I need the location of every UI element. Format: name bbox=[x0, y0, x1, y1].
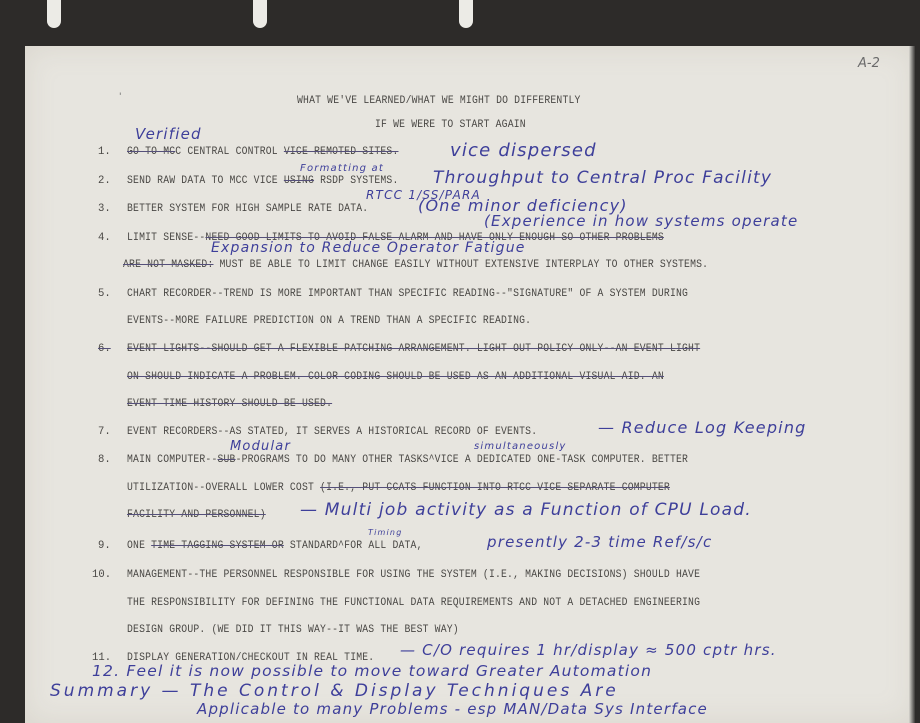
list-item-continuation: ARE NOT MASKED: MUST BE ABLE TO LIMIT CH… bbox=[123, 259, 708, 271]
handwritten-annotation: vice dispersed bbox=[450, 140, 597, 161]
item-number: 8. bbox=[98, 454, 111, 466]
handwritten-annotation: presently 2-3 time Ref/s/c bbox=[487, 533, 712, 551]
list-item: SEND RAW DATA TO MCC VICE USING RSDP SYS… bbox=[127, 175, 399, 187]
struck-text: SUB bbox=[217, 454, 235, 466]
item-text: ONE bbox=[127, 540, 151, 552]
item-number: 2. bbox=[98, 175, 111, 187]
struck-text: GO TO MC bbox=[127, 146, 175, 158]
handwritten-annotation: Throughput to Central Proc Facility bbox=[433, 168, 772, 188]
item-number: 9. bbox=[98, 540, 111, 552]
list-item: EVENT RECORDERS--AS STATED, IT SERVES A … bbox=[127, 426, 537, 438]
item-text: ^FOR ALL DATA, bbox=[338, 540, 422, 552]
item-number: 6. bbox=[98, 343, 111, 355]
list-item: EVENT LIGHTS--SHOULD GET A FLEXIBLE PATC… bbox=[127, 343, 700, 355]
list-item-continuation: ON SHOULD INDICATE A PROBLEM. COLOR CODI… bbox=[127, 371, 664, 383]
list-item: MANAGEMENT--THE PERSONNEL RESPONSIBLE FO… bbox=[127, 569, 700, 581]
handwritten-summary: Summary — The Control & Display Techniqu… bbox=[50, 681, 619, 701]
item-text: MUST BE ABLE TO LIMIT CHANGE EASILY WITH… bbox=[213, 259, 708, 271]
item-text: RSDP SYSTEMS. bbox=[314, 175, 398, 187]
binder-hole bbox=[253, 0, 267, 28]
item-number: 7. bbox=[98, 426, 111, 438]
item-text: SEND RAW DATA TO MCC VICE bbox=[127, 175, 284, 187]
binder-hole bbox=[459, 0, 473, 28]
item-number: 1. bbox=[98, 146, 111, 158]
document-title: WHAT WE'VE LEARNED/WHAT WE MIGHT DO DIFF… bbox=[297, 95, 581, 107]
list-item-continuation: DESIGN GROUP. (WE DID IT THIS WAY--IT WA… bbox=[127, 624, 459, 636]
list-item-continuation: THE RESPONSIBILITY FOR DEFINING THE FUNC… bbox=[127, 597, 700, 609]
handwritten-annotation: Verified bbox=[135, 125, 202, 143]
struck-text: TIME TAGGING SYSTEM OR bbox=[151, 540, 284, 552]
item-text: C CENTRAL CONTROL bbox=[175, 146, 284, 158]
struck-text: (I.E., PUT CCATS FUNCTION INTO RTCC VICE… bbox=[320, 482, 670, 494]
item-number: 5. bbox=[98, 288, 111, 300]
item-text: MAIN COMPUTER-- bbox=[127, 454, 217, 466]
handwritten-annotation: Formatting at bbox=[300, 163, 384, 174]
handwritten-annotation: — Reduce Log Keeping bbox=[598, 418, 807, 437]
struck-text: FACILITY AND PERSONNEL) bbox=[127, 509, 266, 521]
handwritten-annotation: Timing bbox=[368, 528, 402, 537]
handwritten-item-12: 12. Feel it is now possible to move towa… bbox=[92, 662, 652, 680]
item-text: -PROGRAMS TO DO MANY OTHER TASKS bbox=[236, 454, 429, 466]
list-item: ONE TIME TAGGING SYSTEM OR STANDARD^FOR … bbox=[127, 540, 423, 552]
item-number: 10. bbox=[92, 569, 111, 581]
handwritten-annotation: — C/O requires 1 hr/display ≈ 500 cptr h… bbox=[400, 641, 777, 659]
binder-hole bbox=[47, 0, 61, 28]
handwritten-annotation: (Experience in how systems operate bbox=[484, 212, 798, 230]
list-item: MAIN COMPUTER--SUB-PROGRAMS TO DO MANY O… bbox=[127, 454, 688, 466]
item-number: 3. bbox=[98, 203, 111, 215]
item-text: LIMIT SENSE-- bbox=[127, 232, 205, 244]
list-item: CHART RECORDER--TREND IS MORE IMPORTANT … bbox=[127, 288, 688, 300]
struck-text: ARE NOT MASKED: bbox=[123, 259, 213, 271]
handwritten-summary-continuation: Applicable to many Problems - esp MAN/Da… bbox=[197, 700, 708, 718]
item-text: ^VICE A DEDICATED ONE-TASK COMPUTER. BET… bbox=[429, 454, 688, 466]
page-label: A-2 bbox=[858, 56, 880, 71]
item-text: STANDARD bbox=[284, 540, 338, 552]
pencil-mark: ' bbox=[119, 92, 121, 102]
list-item-continuation: EVENT TIME HISTORY SHOULD BE USED. bbox=[127, 398, 332, 410]
list-item: GO TO MCC CENTRAL CONTROL VICE REMOTED S… bbox=[127, 146, 398, 158]
list-item-continuation: EVENTS--MORE FAILURE PREDICTION ON A TRE… bbox=[127, 315, 531, 327]
struck-text: VICE REMOTED SITES. bbox=[284, 146, 399, 158]
list-item-continuation: UTILIZATION--OVERALL LOWER COST (I.E., P… bbox=[127, 482, 670, 494]
handwritten-annotation: simultaneously bbox=[474, 441, 567, 452]
page-edge bbox=[909, 46, 915, 723]
handwritten-annotation: Modular bbox=[230, 439, 291, 454]
handwritten-annotation: Expansion to Reduce Operator Fatigue bbox=[211, 240, 526, 256]
item-number: 4. bbox=[98, 232, 111, 244]
list-item: BETTER SYSTEM FOR HIGH SAMPLE RATE DATA. bbox=[127, 203, 368, 215]
item-text: UTILIZATION--OVERALL LOWER COST bbox=[127, 482, 320, 494]
handwritten-annotation: — Multi job activity as a Function of CP… bbox=[300, 500, 752, 520]
struck-text: USING bbox=[284, 175, 314, 187]
document-subtitle: IF WE WERE TO START AGAIN bbox=[375, 119, 526, 131]
